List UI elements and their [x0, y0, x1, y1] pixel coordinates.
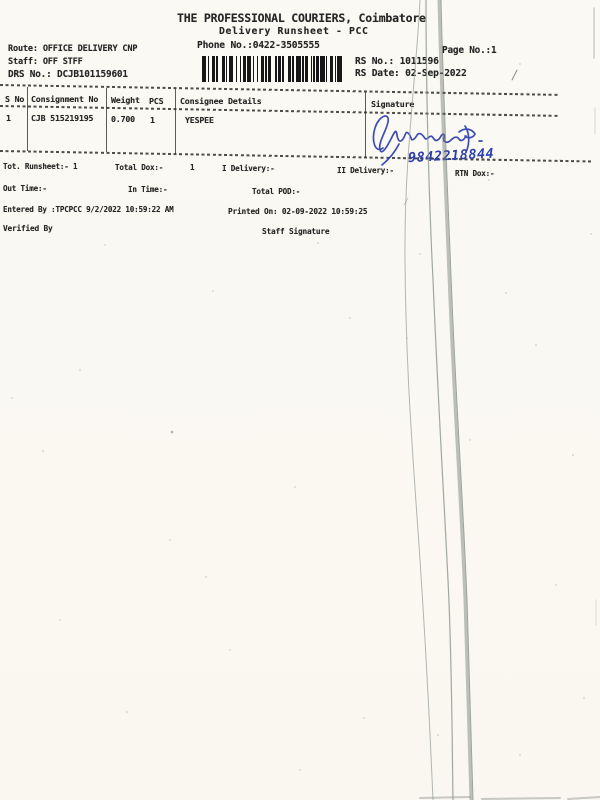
i-delivery: I Delivery:-: [222, 165, 274, 173]
page-no-field: Page No.:1: [442, 46, 496, 56]
verified-by: Verified By: [3, 225, 52, 234]
column-rule: [27, 87, 28, 151]
barcode-icon: [202, 56, 343, 82]
signature-icon: 9842218844: [369, 110, 507, 166]
drs-no-field: DRS No.: DCJB101159601: [8, 70, 128, 80]
in-time: In Time:-: [128, 186, 167, 194]
total-dox-label: Total Dox:-: [115, 164, 163, 172]
printed-on: Printed On: 02-09-2022 10:59:25: [228, 208, 367, 217]
total-pod: Total POD:-: [252, 188, 300, 196]
rs-no-field: RS No.: 1011596: [355, 57, 439, 68]
column-rule: [365, 92, 366, 158]
col-header-sno: S No: [5, 95, 24, 104]
entered-by: Entered By :TPCPCC 9/2/2022 10:59:22 AM: [3, 206, 174, 214]
document-subtitle: Delivery Runsheet - PCC: [219, 27, 368, 38]
route-field: Route: OFFICE DELIVERY CNP: [8, 45, 137, 54]
row-consignment-no: CJB 515219195: [31, 114, 93, 123]
row-weight: 0.700: [111, 115, 135, 124]
runsheet-document: THE PROFESSIONAL COURIERS, Coimbatore De…: [0, 0, 600, 800]
paper-speckles: [11, 63, 591, 770]
rtn-dox: RTN Dox:-: [455, 170, 494, 178]
rs-date-field: RS Date: 02-Sep-2022: [355, 69, 467, 80]
ii-delivery: II Delivery:-: [337, 167, 394, 175]
staff-field: Staff: OFF STFF: [8, 58, 83, 67]
col-header-pcs: PCS: [149, 97, 163, 106]
company-title: THE PROFESSIONAL COURIERS, Coimbatore: [177, 12, 426, 25]
column-rule: [175, 89, 176, 154]
col-header-consignment: Consignment No: [31, 95, 98, 104]
col-header-consignee: Consignee Details: [180, 97, 262, 106]
staff-signature-label: Staff Signature: [262, 228, 329, 237]
signature-phone-number: 9842218844: [408, 146, 495, 166]
row-consignee: YESPEE: [185, 116, 214, 125]
phone-number: Phone No.:0422-3505555: [197, 41, 320, 52]
col-header-signature: Signature: [371, 100, 414, 109]
out-time: Out Time:-: [3, 185, 47, 193]
total-dox-value: 1: [190, 164, 194, 172]
column-rule: [106, 88, 107, 152]
col-header-weight: Weight: [111, 96, 140, 105]
row-sno: 1: [6, 114, 11, 123]
row-pcs: 1: [150, 116, 155, 125]
tot-runsheet: Tot. Runsheet:- 1: [3, 163, 77, 171]
